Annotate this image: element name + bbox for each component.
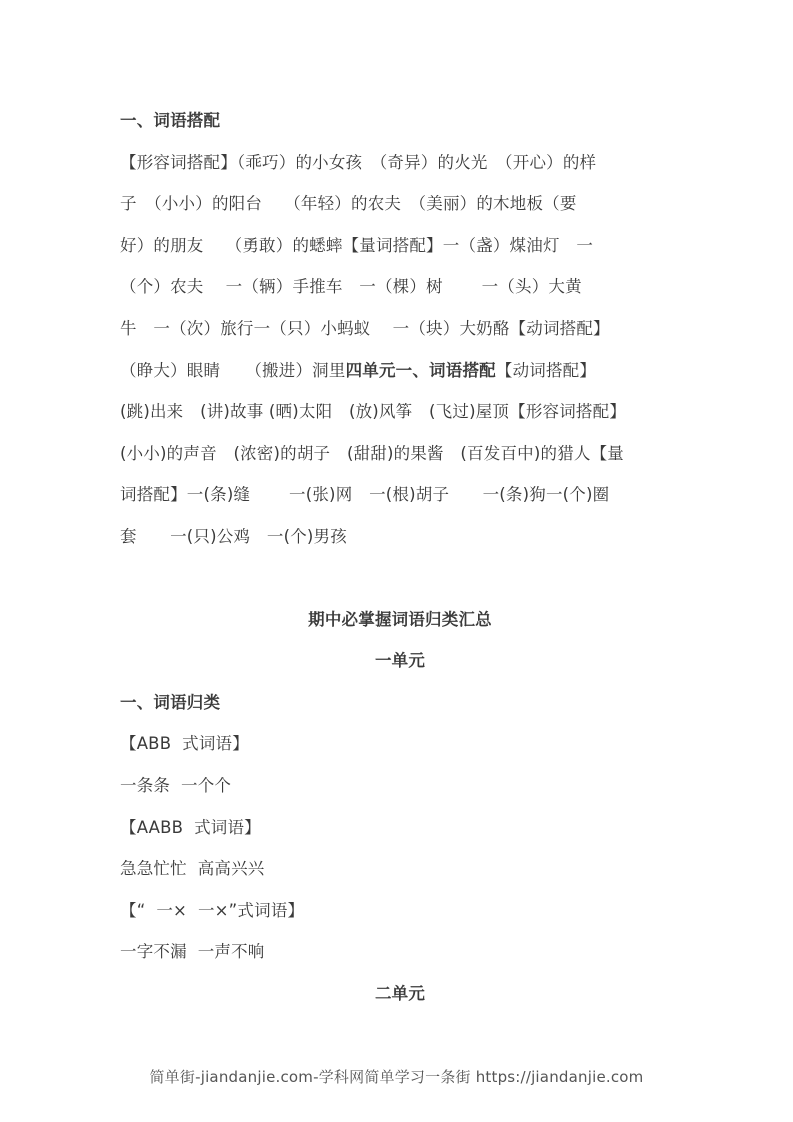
unit4-heading-inline: 四单元一、词语搭配 [346, 361, 496, 380]
category-label-aabb: 【AABB 式词语】 [120, 807, 680, 849]
text-line-with-bold: （睁大）眼睛 （搬进）洞里四单元一、词语搭配【动词搭配】 [120, 350, 680, 392]
page-footer: 简单街-jiandanjie.com-学科网简单学习一条街 https://ji… [0, 1066, 793, 1087]
spacer [120, 558, 680, 599]
text-line: 牛 一（次）旅行一（只）小蚂蚁 一（块）大奶酪【动词搭配】 [120, 308, 680, 350]
category-label-abb: 【ABB 式词语】 [120, 723, 680, 765]
text-line: 词搭配】一(条)缝 一(张)网 一(根)胡子 一(条)狗一(个)圈 [120, 474, 680, 516]
category-words-yi-x-yi-x: 一字不漏 一声不响 [120, 931, 680, 973]
text-line: 好）的朋友 （勇敢）的蟋蟀【量词搭配】一（盏）煤油灯 一 [120, 225, 680, 267]
section-heading-word-collocation: 一、词语搭配 [120, 100, 680, 142]
text-line: 子 （小小）的阳台 （年轻）的农夫 （美丽）的木地板（要 [120, 183, 680, 225]
section-heading-word-classification: 一、词语归类 [120, 682, 680, 724]
text-line: (跳)出来 (讲)故事 (晒)太阳 (放)风筝 (飞过)屋顶【形容词搭配】 [120, 391, 680, 433]
unit-heading-1: 一单元 [120, 640, 680, 682]
category-words-aabb: 急急忙忙 高高兴兴 [120, 848, 680, 890]
category-words-abb: 一条条 一个个 [120, 765, 680, 807]
text-line: (小小)的声音 (浓密)的胡子 (甜甜)的果酱 (百发百中)的猎人【量 [120, 433, 680, 475]
document-content: 一、词语搭配 【形容词搭配】（乖巧）的小女孩 （奇异）的火光 （开心）的样 子 … [120, 100, 680, 1014]
document-page: 一、词语搭配 【形容词搭配】（乖巧）的小女孩 （奇异）的火光 （开心）的样 子 … [0, 0, 793, 1122]
text-segment: （睁大）眼睛 （搬进）洞里 [120, 361, 346, 380]
text-line: 【形容词搭配】（乖巧）的小女孩 （奇异）的火光 （开心）的样 [120, 142, 680, 184]
category-label-yi-x-yi-x: 【“ 一× 一×”式词语】 [120, 890, 680, 932]
text-line: 套 一(只)公鸡 一(个)男孩 [120, 516, 680, 558]
text-line: （个）农夫 一（辆）手推车 一（棵）树 一（头）大黄 [120, 266, 680, 308]
unit-heading-2: 二单元 [120, 973, 680, 1015]
text-segment: 【动词搭配】 [496, 361, 596, 380]
document-title: 期中必掌握词语归类汇总 [120, 599, 680, 641]
